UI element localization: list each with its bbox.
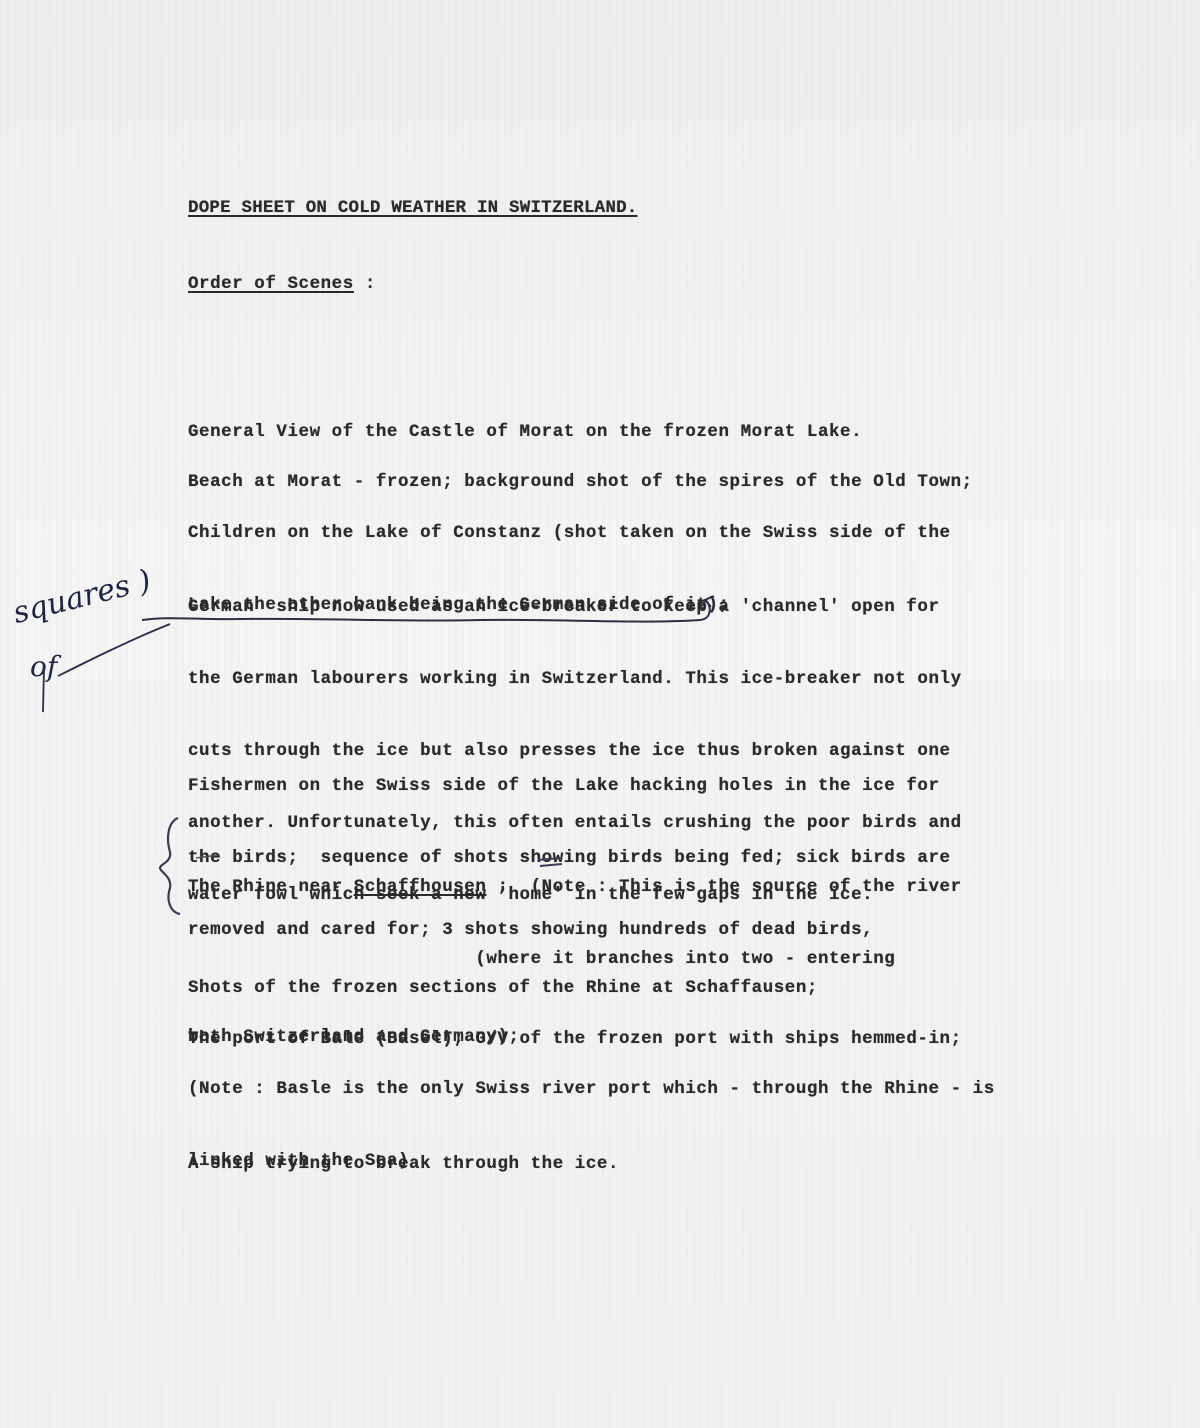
- section-heading: Order of Scenes :: [188, 272, 376, 296]
- scene-line: Children on the Lake of Constanz (shot t…: [188, 521, 951, 545]
- scene-text: The Rhine near: [188, 877, 354, 897]
- handwritten-margin-note-of: of: [30, 650, 57, 683]
- place-name-underlined: Schaffhousen: [354, 877, 487, 897]
- scene-line: Fishermen on the Swiss side of the Lake …: [188, 774, 951, 798]
- section-heading-colon: :: [354, 272, 376, 296]
- scene-10: A ship trying to break through the ice.: [188, 1104, 619, 1200]
- scene-line: German ship now used as an ice-breaker t…: [188, 595, 962, 619]
- scene-line: (Note : Basle is the only Swiss river po…: [188, 1077, 995, 1101]
- scene-line: A ship trying to break through the ice.: [188, 1152, 619, 1176]
- section-heading-text: Order of Scenes: [188, 274, 354, 294]
- scene-line: the German labourers working in Switzerl…: [188, 667, 962, 691]
- document-title: DOPE SHEET ON COLD WEATHER IN SWITZERLAN…: [188, 196, 637, 220]
- scene-line: The Rhine near Schaffhousen ; (Note : Th…: [188, 875, 962, 899]
- scene-text: ; (Note : This is the source of the rive…: [486, 877, 961, 897]
